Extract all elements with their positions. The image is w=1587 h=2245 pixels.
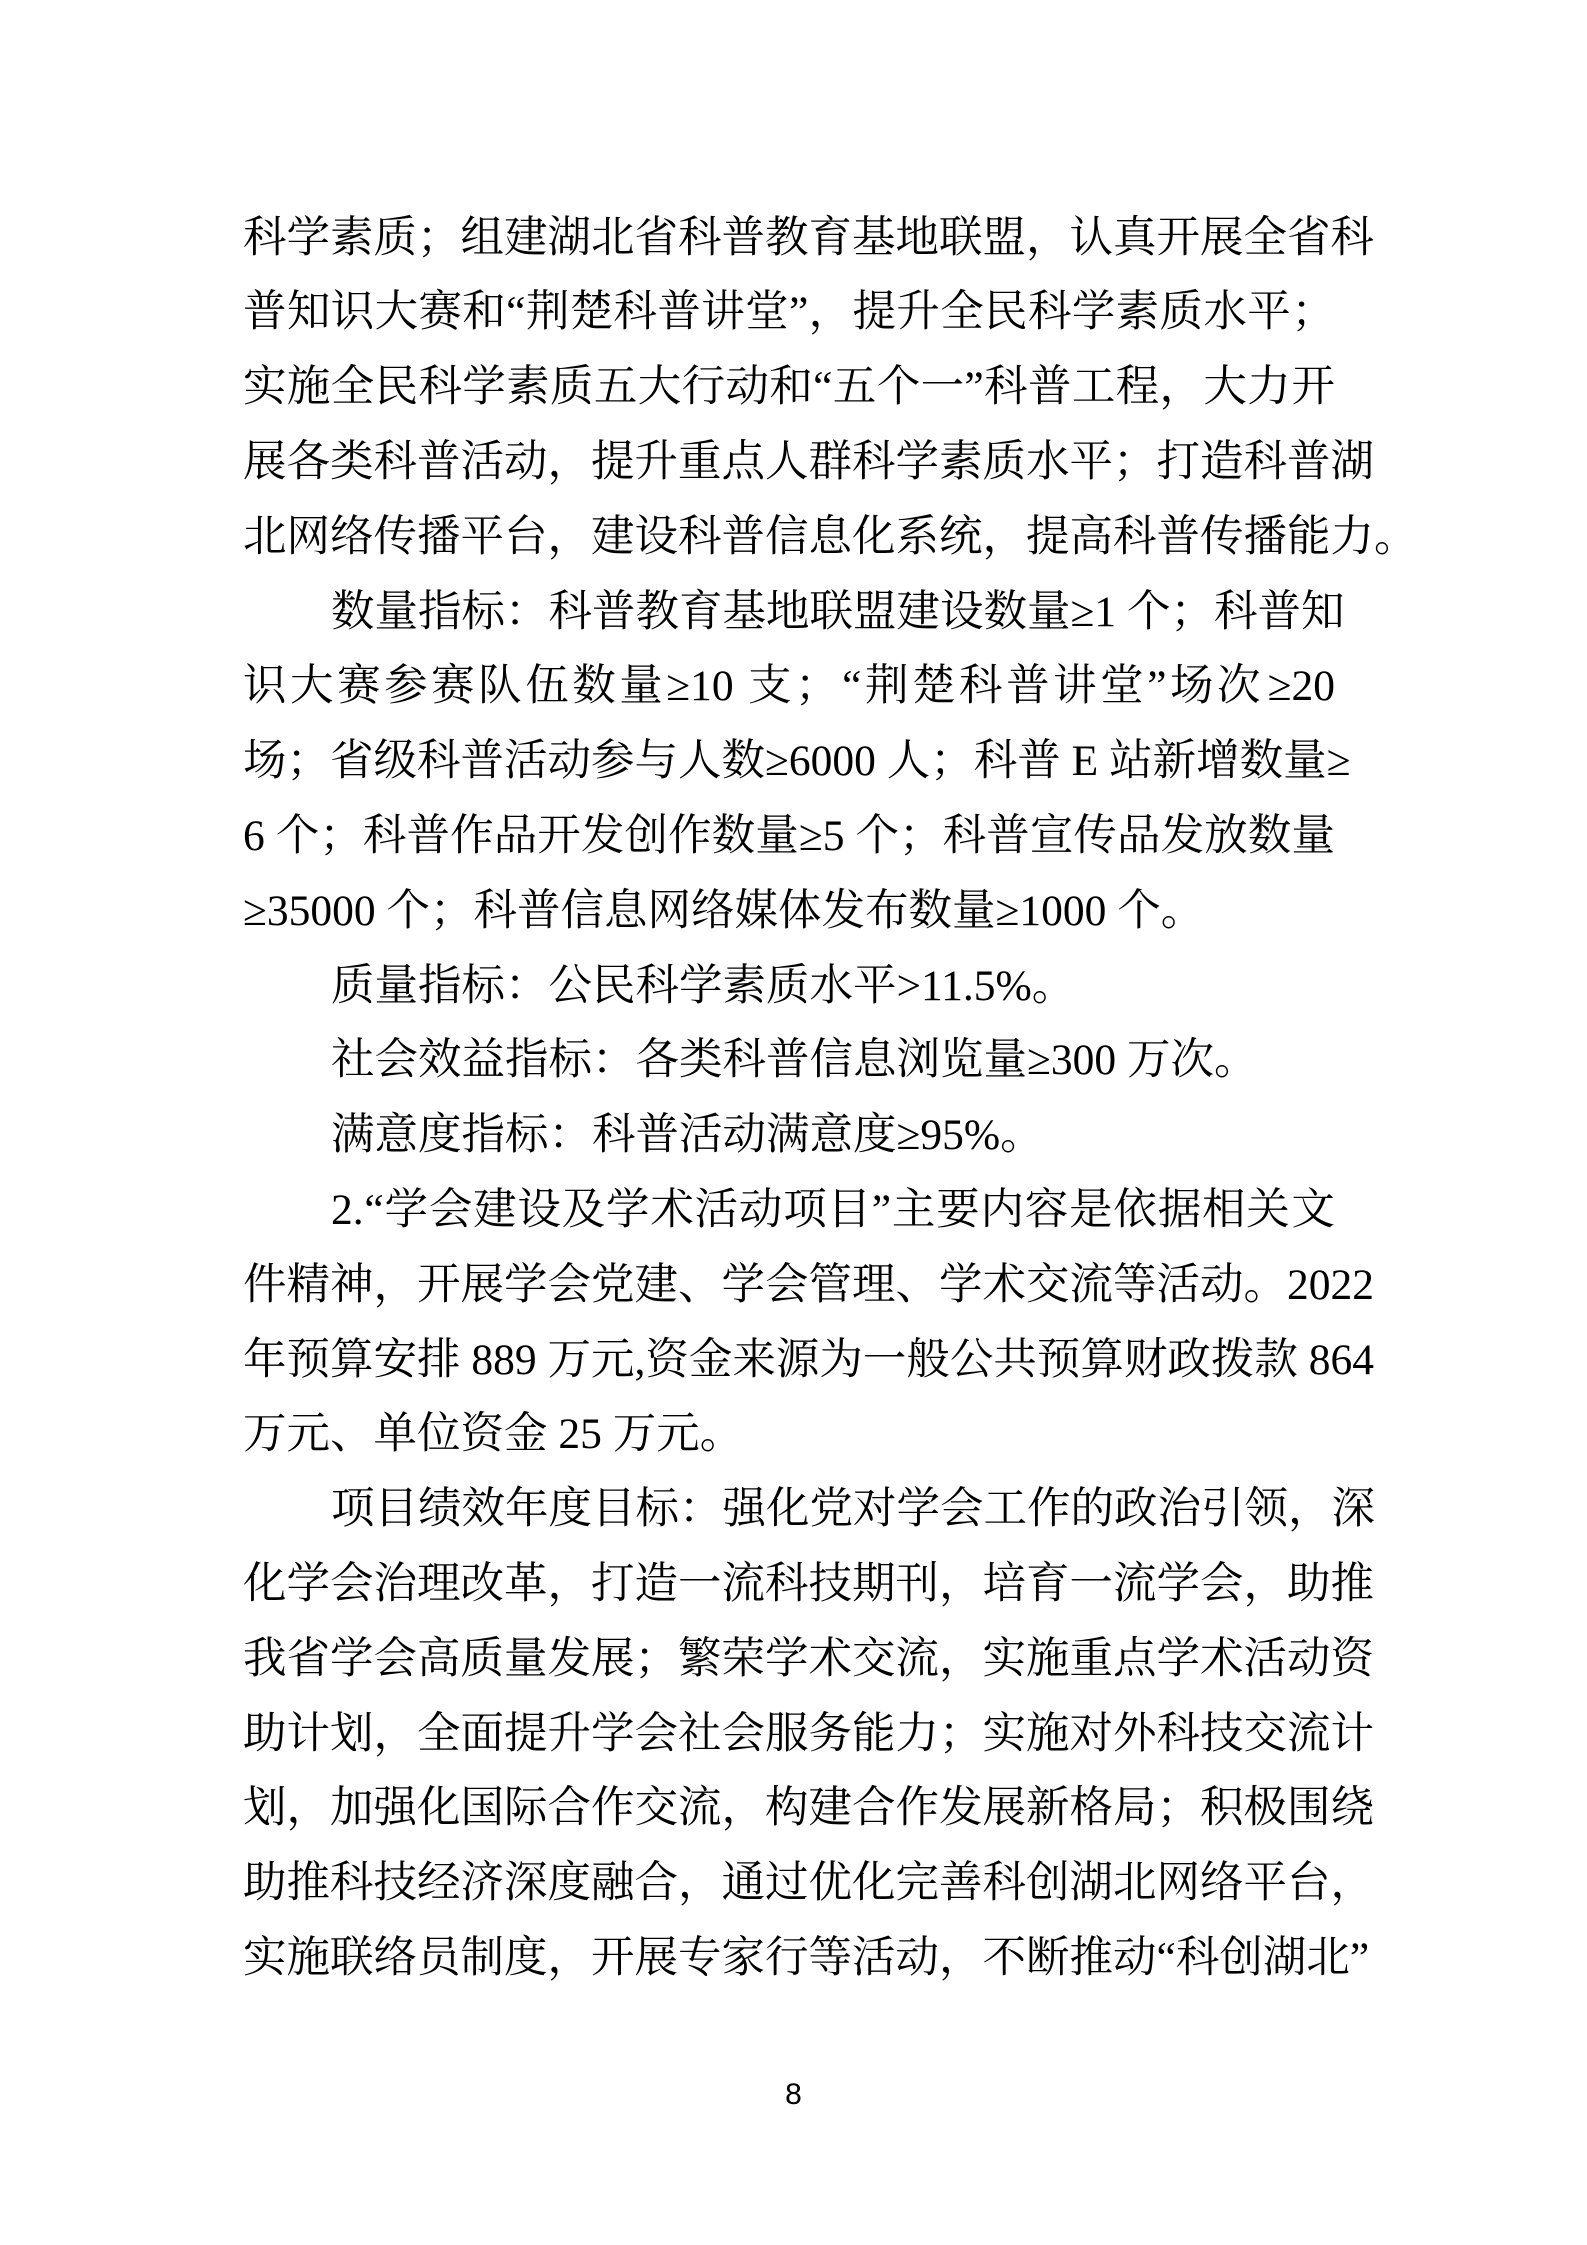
text-line: 划，加强化国际合作交流，构建合作发展新格局；积极围绕 xyxy=(243,1772,1335,1847)
text-line: 项目绩效年度目标：强化党对学会工作的政治引领，深 xyxy=(243,1473,1335,1548)
text-line: 场；省级科普活动参与人数≥6000 人；科普 E 站新增数量≥ xyxy=(243,725,1335,800)
text-line: 质量指标：公民科学素质水平>11.5%。 xyxy=(243,949,1335,1024)
text-line: 年预算安排 889 万元,资金来源为一般公共预算财政拨款 864 xyxy=(243,1323,1335,1398)
page-number: 8 xyxy=(0,2078,1587,2112)
text-line: 2.“学会建设及学术活动项目”主要内容是依据相关文 xyxy=(243,1173,1335,1248)
text-line: 满意度指标：科普活动满意度≥95%。 xyxy=(243,1099,1335,1174)
text-line: 件精神，开展学会党建、学会管理、学术交流等活动。2022 xyxy=(243,1248,1335,1323)
document-body: 科学素质；组建湖北省科普教育基地联盟，认真开展全省科普知识大赛和“荆楚科普讲堂”… xyxy=(243,201,1335,1996)
text-line: 北网络传播平台，建设科普信息化系统，提高科普传播能力。 xyxy=(243,500,1335,575)
text-line: 普知识大赛和“荆楚科普讲堂”，提升全民科学素质水平； xyxy=(243,276,1335,351)
text-line: 展各类科普活动，提升重点人群科学素质水平；打造科普湖 xyxy=(243,425,1335,500)
text-line: 万元、单位资金 25 万元。 xyxy=(243,1398,1335,1473)
text-line: 助推科技经济深度融合，通过优化完善科创湖北网络平台， xyxy=(243,1847,1335,1922)
text-line: 我省学会高质量发展；繁荣学术交流，实施重点学术活动资 xyxy=(243,1622,1335,1697)
text-line: 实施全民科学素质五大行动和“五个一”科普工程，大力开 xyxy=(243,351,1335,426)
text-line: 数量指标：科普教育基地联盟建设数量≥1 个；科普知 xyxy=(243,575,1335,650)
document-page: 科学素质；组建湖北省科普教育基地联盟，认真开展全省科普知识大赛和“荆楚科普讲堂”… xyxy=(0,0,1587,2245)
text-line: 科学素质；组建湖北省科普教育基地联盟，认真开展全省科 xyxy=(243,201,1335,276)
text-line: 实施联络员制度，开展专家行等活动，不断推动“科创湖北” xyxy=(243,1921,1335,1996)
text-line: ≥35000 个；科普信息网络媒体发布数量≥1000 个。 xyxy=(243,874,1335,949)
text-line: 助计划，全面提升学会社会服务能力；实施对外科技交流计 xyxy=(243,1697,1335,1772)
text-line: 社会效益指标：各类科普信息浏览量≥300 万次。 xyxy=(243,1024,1335,1099)
text-line: 化学会治理改革，打造一流科技期刊，培育一流学会，助推 xyxy=(243,1547,1335,1622)
text-line: 识大赛参赛队伍数量≥10 支；“荆楚科普讲堂”场次≥20 xyxy=(243,650,1335,725)
text-line: 6 个；科普作品开发创作数量≥5 个；科普宣传品发放数量 xyxy=(243,799,1335,874)
